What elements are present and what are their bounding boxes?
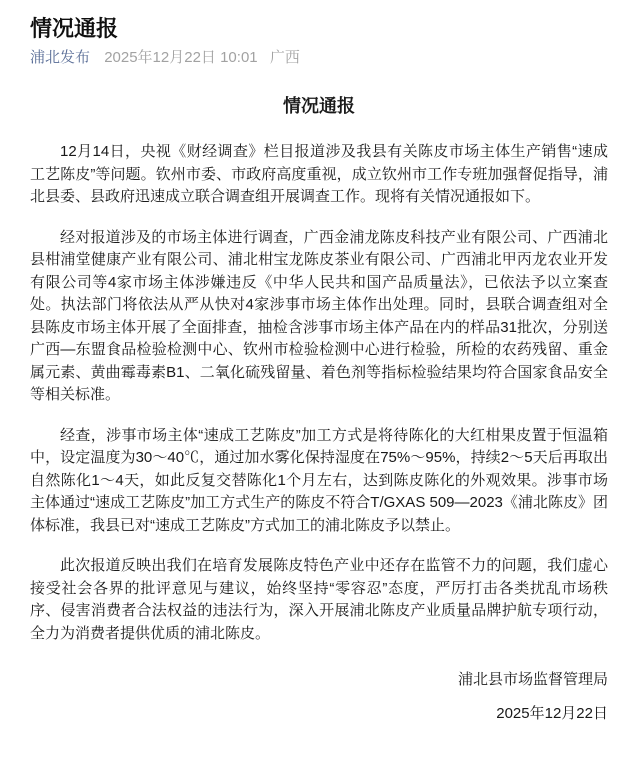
publish-location: 广西	[270, 49, 300, 66]
signature-block: 浦北县市场监督管理局 2025年12月22日	[30, 669, 608, 725]
page-title: 情况通报	[30, 14, 608, 43]
paragraph: 经查，涉事市场主体“速成工艺陈皮”加工方式是将待陈化的大红柑果皮置于恒温箱中，设…	[30, 425, 608, 538]
account-name-link[interactable]: 浦北发布	[30, 49, 90, 66]
signature-org: 浦北县市场监督管理局	[30, 669, 608, 692]
paragraph: 此次报道反映出我们在培育发展陈皮特色产业中还存在监管不力的问题，我们虚心接受社会…	[30, 555, 608, 645]
article-body: 12月14日，央视《财经调查》栏目报道涉及我县有关陈皮市场主体生产销售“速成工艺…	[30, 141, 608, 645]
publish-datetime: 2025年12月22日 10:01	[104, 49, 257, 66]
signature-date: 2025年12月22日	[30, 703, 608, 726]
paragraph: 12月14日，央视《财经调查》栏目报道涉及我县有关陈皮市场主体生产销售“速成工艺…	[30, 141, 608, 209]
article-page: 情况通报 浦北发布 2025年12月22日 10:01 广西 情况通报 12月1…	[0, 0, 621, 761]
byline: 浦北发布 2025年12月22日 10:01 广西	[30, 47, 608, 68]
paragraph: 经对报道涉及的市场主体进行调查，广西金浦龙陈皮科技产业有限公司、广西浦北县柑浦堂…	[30, 227, 608, 407]
document-title: 情况通报	[30, 94, 608, 119]
